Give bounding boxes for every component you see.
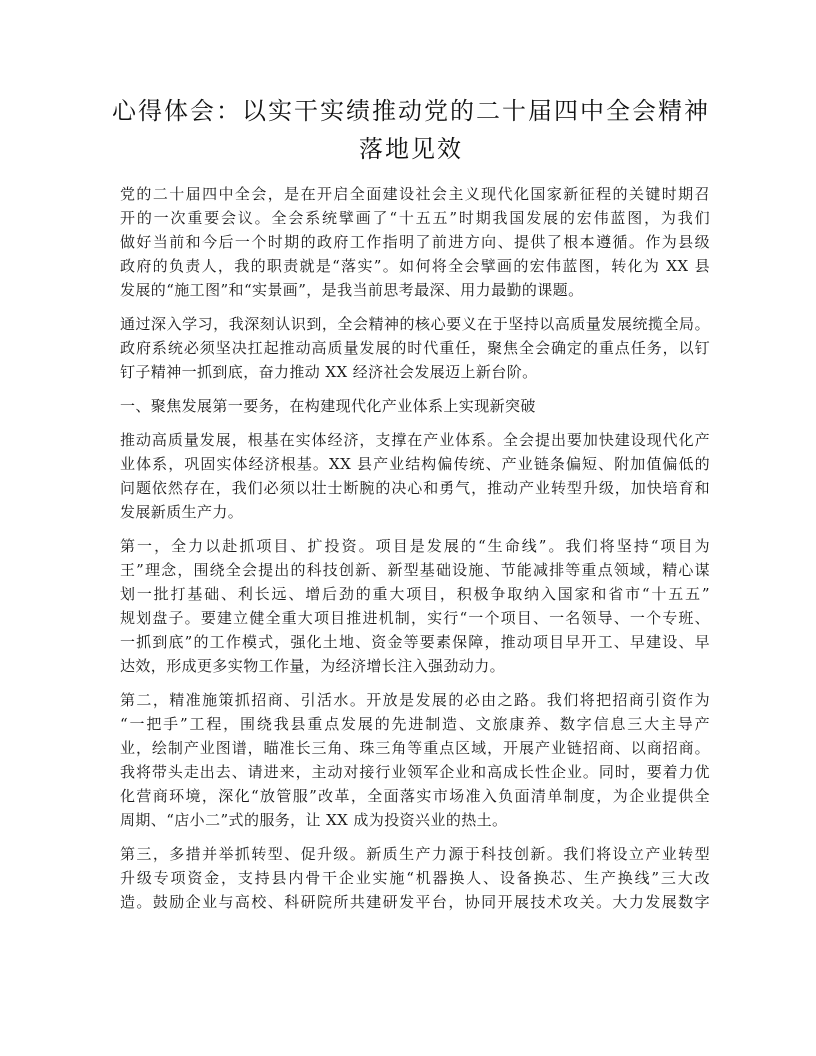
text-line: 钉子精神一抓到底，奋力推动 XX 经济社会发展迈上新台阶。 <box>120 360 710 384</box>
title-line: 心得体会：以实干实绩推动党的二十届四中全会精神 <box>112 92 710 130</box>
point-2-paragraph: 第二，精准施策抓招商、引活水。开放是发展的必由之路。我们将把招商引资作为 “一把… <box>120 688 710 832</box>
text-line: 划一批打基础、利长远、增后劲的重大项目，积极争取纳入国家和省市“十五五” <box>120 582 710 606</box>
point-3-paragraph: 第三，多措并举抓转型、促升级。新质生产力源于科技创新。我们将设立产业转型 升级专… <box>120 842 710 914</box>
text-line: 业，绘制产业图谱，瞄准长三角、珠三角等重点区域，开展产业链招商、以商招商。 <box>120 736 710 760</box>
text-line: 第二，精准施策抓招商、引活水。开放是发展的必由之路。我们将把招商引资作为 <box>120 688 710 712</box>
text-line: 党的二十届四中全会，是在开启全面建设社会主义现代化国家新征程的关键时期召 <box>120 182 710 206</box>
text-line: 王”理念，围绕全会提出的科技创新、新型基础设施、节能减排等重点领域，精心谋 <box>120 558 710 582</box>
text-line: 第一，全力以赴抓项目、扩投资。项目是发展的“生命线”。我们将坚持“项目为 <box>120 534 710 558</box>
heading-line: 一、聚焦发展第一要务，在构建现代化产业体系上实现新突破 <box>120 394 710 418</box>
text-line: 政府的负责人，我的职责就是“落实”。如何将全会擘画的宏伟蓝图，转化为 XX 县 <box>120 254 710 278</box>
title-line: 落地见效 <box>112 130 710 168</box>
text-line: 升级专项资金，支持县内骨干企业实施“机器换人、设备换芯、生产换线”三大改 <box>120 866 710 890</box>
text-line: 发展新质生产力。 <box>120 500 710 524</box>
text-line: 化营商环境，深化“放管服”改革，全面落实市场准入负面清单制度，为企业提供全 <box>120 784 710 808</box>
text-line: 规划盘子。要建立健全重大项目推进机制，实行“一个项目、一名领导、一个专班、 <box>120 606 710 630</box>
text-line: 达效，形成更多实物工作量，为经济增长注入强劲动力。 <box>120 654 710 678</box>
text-line: 周期、“店小二”式的服务，让 XX 成为投资兴业的热土。 <box>120 808 710 832</box>
text-line: “一把手”工程，围绕我县重点发展的先进制造、文旅康养、数字信息三大主导产 <box>120 712 710 736</box>
text-line: 问题依然存在，我们必须以壮士断腕的决心和勇气，推动产业转型升级，加快培育和 <box>120 476 710 500</box>
document-page: 心得体会：以实干实绩推动党的二十届四中全会精神 落地见效 党的二十届四中全会，是… <box>120 92 710 924</box>
text-line: 做好当前和今后一个时期的政府工作指明了前进方向、提供了根本遵循。作为县级 <box>120 230 710 254</box>
section-1-intro-paragraph: 推动高质量发展，根基在实体经济，支撑在产业体系。全会提出要加快建设现代化产 业体… <box>120 428 710 524</box>
text-line: 推动高质量发展，根基在实体经济，支撑在产业体系。全会提出要加快建设现代化产 <box>120 428 710 452</box>
section-heading-1: 一、聚焦发展第一要务，在构建现代化产业体系上实现新突破 <box>120 394 710 418</box>
text-line: 一抓到底”的工作模式，强化土地、资金等要素保障，推动项目早开工、早建设、早 <box>120 630 710 654</box>
text-line: 通过深入学习，我深刻认识到，全会精神的核心要义在于坚持以高质量发展统揽全局。 <box>120 312 710 336</box>
intro-paragraph: 党的二十届四中全会，是在开启全面建设社会主义现代化国家新征程的关键时期召 开的一… <box>120 182 710 302</box>
document-title: 心得体会：以实干实绩推动党的二十届四中全会精神 落地见效 <box>112 92 710 168</box>
point-1-paragraph: 第一，全力以赴抓项目、扩投资。项目是发展的“生命线”。我们将坚持“项目为 王”理… <box>120 534 710 678</box>
text-line: 发展的“施工图”和“实景画”，是我当前思考最深、用力最勤的课题。 <box>120 278 710 302</box>
text-line: 第三，多措并举抓转型、促升级。新质生产力源于科技创新。我们将设立产业转型 <box>120 842 710 866</box>
text-line: 业体系，巩固实体经济根基。XX 县产业结构偏传统、产业链条偏短、附加值偏低的 <box>120 452 710 476</box>
text-line: 造。鼓励企业与高校、科研院所共建研发平台，协同开展技术攻关。大力发展数字 <box>120 890 710 914</box>
text-line: 政府系统必须坚决扛起推动高质量发展的时代重任，聚焦全会确定的重点任务，以钉 <box>120 336 710 360</box>
text-line: 我将带头走出去、请进来，主动对接行业领军企业和高成长性企业。同时，要着力优 <box>120 760 710 784</box>
core-understanding-paragraph: 通过深入学习，我深刻认识到，全会精神的核心要义在于坚持以高质量发展统揽全局。 政… <box>120 312 710 384</box>
text-line: 开的一次重要会议。全会系统擘画了“十五五”时期我国发展的宏伟蓝图，为我们 <box>120 206 710 230</box>
